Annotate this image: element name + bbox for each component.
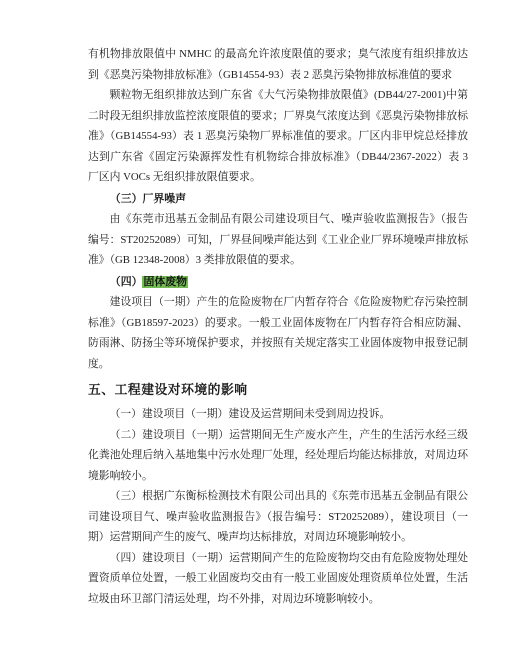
- paragraph: 建设项目（一期）产生的危险废物在厂内暂存符合《危险废物贮存污染控制标准》（GB1…: [88, 292, 468, 374]
- paragraph: （三）根据广东衡标检测技术有限公司出具的《东莞市迅基五金制品有限公司建设项目气、…: [88, 486, 468, 548]
- subsection-heading: （四）固体废物: [88, 272, 468, 293]
- paragraph: 由《东莞市迅基五金制品有限公司建设项目气、噪声验收监测报告》（报告编号：ST20…: [88, 209, 468, 271]
- subsection-heading: （三）厂界噪声: [88, 189, 468, 210]
- section-heading: 五、工程建设对环境的影响: [88, 379, 468, 401]
- document-page: 有机物排放限值中 NMHC 的最高允许浓度限值的要求；臭气浓度有组织排放达到《恶…: [0, 0, 530, 650]
- highlighted-text: 固体废物: [142, 276, 188, 288]
- paragraph: （一）建设项目（一期）建设及运营期间未受到周边投诉。: [88, 404, 468, 425]
- paragraph: （四）建设项目（一期）运营期间产生的危险废物均交由有危险废物处理处置资质单位处置…: [88, 548, 468, 610]
- paragraph: （二）建设项目（一期）运营期间无生产废水产生，产生的生活污水经三级化粪池处理后纳…: [88, 425, 468, 487]
- paragraph: 有机物排放限值中 NMHC 的最高允许浓度限值的要求；臭气浓度有组织排放达到《恶…: [88, 44, 468, 85]
- document-body: 有机物排放限值中 NMHC 的最高允许浓度限值的要求；臭气浓度有组织排放达到《恶…: [88, 44, 468, 609]
- paragraph: 颗粒物无组织排放达到广东省《大气污染物排放限值》(DB44/27-2001)中第…: [88, 85, 468, 188]
